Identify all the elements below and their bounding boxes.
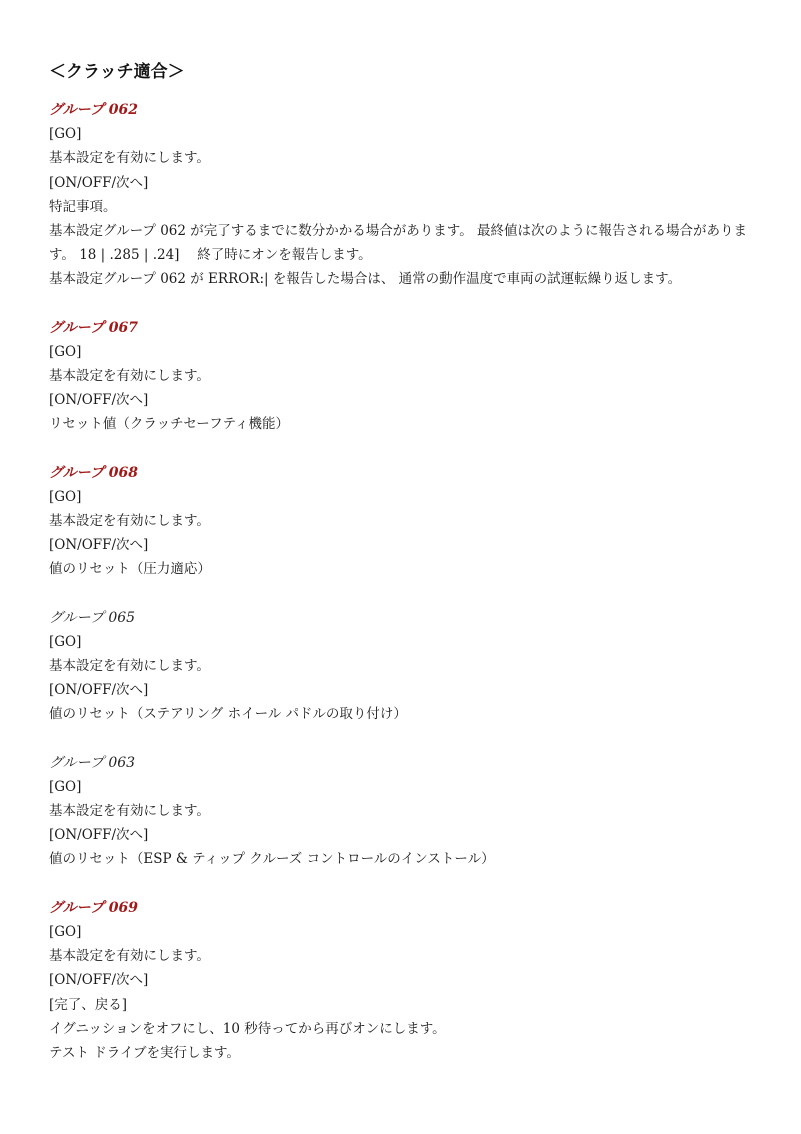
group-063: グループ 063 [GO] 基本設定を有効にします。 [ON/OFF/次へ] 値… — [49, 751, 769, 872]
instruction-text: 基本設定を有効にします。 — [49, 944, 769, 968]
group-067: グループ 067 [GO] 基本設定を有効にします。 [ON/OFF/次へ] リ… — [49, 316, 769, 437]
document-title: ＜クラッチ適合＞ — [49, 60, 769, 84]
step-on-off-next: [ON/OFF/次へ] — [49, 533, 769, 557]
group-065: グループ 065 [GO] 基本設定を有効にします。 [ON/OFF/次へ] 値… — [49, 606, 769, 727]
group-heading: グループ 063 — [49, 751, 769, 775]
note-text: 基本設定グループ 062 が ERROR:| を報告した場合は、 通常の動作温度… — [49, 267, 769, 291]
step-on-off-next: [ON/OFF/次へ] — [49, 388, 769, 412]
description-text: 値のリセット（圧力適応） — [49, 557, 769, 581]
step-go: [GO] — [49, 340, 769, 364]
step-on-off-next: [ON/OFF/次へ] — [49, 678, 769, 702]
instruction-text: 基本設定を有効にします。 — [49, 799, 769, 823]
notes-label: 特記事項。 — [49, 195, 769, 219]
instruction-text: 基本設定を有効にします。 — [49, 509, 769, 533]
instruction-text: イグニッションをオフにし、10 秒待ってから再びオンにします。 — [49, 1017, 769, 1041]
step-done-back: [完了、戻る] — [49, 993, 769, 1017]
instruction-text: 基本設定を有効にします。 — [49, 146, 769, 170]
group-069: グループ 069 [GO] 基本設定を有効にします。 [ON/OFF/次へ] [… — [49, 896, 769, 1065]
step-go: [GO] — [49, 775, 769, 799]
group-heading: グループ 069 — [49, 896, 769, 920]
step-go: [GO] — [49, 920, 769, 944]
step-go: [GO] — [49, 630, 769, 654]
group-heading: グループ 062 — [49, 98, 769, 122]
group-heading: グループ 065 — [49, 606, 769, 630]
step-on-off-next: [ON/OFF/次へ] — [49, 823, 769, 847]
description-text: リセット値（クラッチセーフティ機能） — [49, 412, 769, 436]
group-068: グループ 068 [GO] 基本設定を有効にします。 [ON/OFF/次へ] 値… — [49, 461, 769, 582]
step-on-off-next: [ON/OFF/次へ] — [49, 968, 769, 992]
description-text: 値のリセット（ステアリング ホイール パドルの取り付け） — [49, 702, 769, 726]
instruction-text: 基本設定を有効にします。 — [49, 364, 769, 388]
group-heading: グループ 067 — [49, 316, 769, 340]
group-heading: グループ 068 — [49, 461, 769, 485]
instruction-text: テスト ドライブを実行します。 — [49, 1041, 769, 1065]
document-page: ＜クラッチ適合＞ グループ 062 [GO] 基本設定を有効にします。 [ON/… — [49, 60, 769, 1089]
step-on-off-next: [ON/OFF/次へ] — [49, 171, 769, 195]
step-go: [GO] — [49, 485, 769, 509]
instruction-text: 基本設定を有効にします。 — [49, 654, 769, 678]
note-text: 基本設定グループ 062 が完了するまでに数分かかる場合があります。 最終値は次… — [49, 219, 769, 267]
step-go: [GO] — [49, 122, 769, 146]
description-text: 値のリセット（ESP & ティップ クルーズ コントロールのインストール） — [49, 847, 769, 871]
group-062: グループ 062 [GO] 基本設定を有効にします。 [ON/OFF/次へ] 特… — [49, 98, 769, 292]
